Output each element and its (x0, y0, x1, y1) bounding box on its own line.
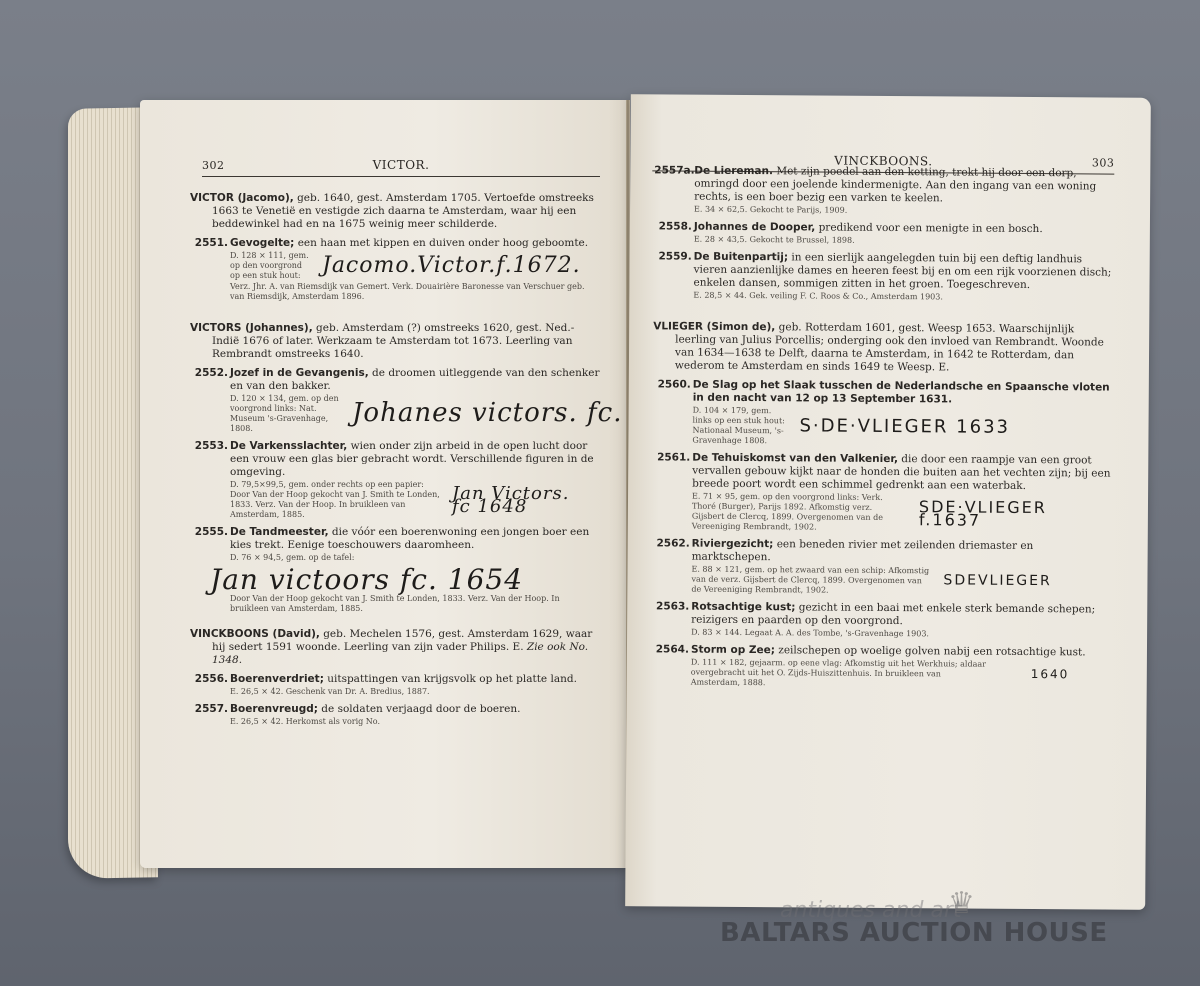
catalog-content: 2557a.De Liereman. Met zijn poedel aan d… (651, 164, 1115, 696)
entry-meta: E. 26,5 × 42. Herkomst als vorig No. (230, 717, 600, 727)
right-page: VINCKBOONS. 303 2557a.De Liereman. Met z… (625, 94, 1151, 910)
catalog-entry: 2556.Boerenverdriet; uitspattingen van k… (190, 673, 600, 697)
signature-facsimile: SDEVLIEGER (943, 574, 1051, 588)
entry-description: zeilschepen op woelige golven nabij een … (775, 644, 1086, 658)
entry-meta: E. 28 × 43,5. Gekocht te Brussel, 1898. (694, 235, 1114, 248)
entry-number: 2552. (190, 367, 228, 380)
entry-description: predikend voor een menigte in een bosch. (815, 221, 1043, 235)
entry-meta: E. 88 × 121, gem. op het zwaard van een … (691, 565, 931, 597)
entry-title: Gevogelte; (230, 237, 294, 249)
entry-title: Rotsachtige kust; (691, 601, 795, 614)
artist-entry: VLIEGER (Simon de), geb. Rotterdam 1601,… (653, 320, 1113, 375)
catalog-entry: 2558.Johannes de Dooper, predikend voor … (654, 220, 1114, 247)
left-page: 302 VICTOR. VICTOR (Jacomo), geb. 1640, … (140, 100, 628, 868)
entry-number: 2563. (651, 600, 689, 613)
entry-title: De Tehuiskomst van den Valkenier, (692, 452, 898, 465)
catalog-entry: 2551.Gevogelte; een haan met kippen en d… (190, 237, 600, 302)
signature-facsimile: Jan Victors. fc 1648 (452, 487, 572, 513)
entry-meta: D. 111 × 182, gejaarm. op eene vlag: Afk… (691, 658, 991, 690)
catalog-entry: 2559.De Buitenpartij; in een sierlijk aa… (653, 250, 1113, 303)
entry-number: 2559. (654, 250, 692, 263)
artist-name: VICTORS (Johannes), (190, 322, 313, 334)
entry-meta: E. 26,5 × 42. Geschenk van Dr. A. Brediu… (230, 687, 600, 697)
entry-title: Boerenvreugd; (230, 703, 318, 715)
entry-number: 2557a. (654, 164, 692, 177)
entry-title: De Slag op het Slaak tusschen de Nederla… (693, 379, 1110, 406)
entry-meta: E. 71 × 95, gem. op den voorgrond links:… (692, 492, 907, 534)
entry-number: 2558. (654, 220, 692, 233)
catalog-entry: 2562.Riviergezicht; een beneden rivier m… (651, 537, 1111, 597)
artist-name: VICTOR (Jacomo), (190, 192, 294, 204)
signature-facsimile: S·DE·VLIEGER 1633 (799, 419, 1010, 433)
entry-meta: D. 79,5×99,5, gem. onder rechts op een p… (230, 480, 440, 520)
entry-meta: E. 28,5 × 44. Gek. veiling F. C. Roos & … (693, 291, 1113, 304)
entry-description: uitspattingen van krijgsvolk op het plat… (324, 673, 577, 685)
entry-provenance: Door Van der Hoop gekocht van J. Smith t… (230, 594, 600, 614)
entry-title: Jozef in de Gevangenis, (230, 367, 369, 379)
running-head: VICTOR. (202, 158, 600, 172)
entry-meta: D. 120 × 134, gem. op den voorgrond link… (230, 394, 340, 434)
entry-meta: D. 128 × 111, gem. op den voorgrond op e… (230, 251, 310, 281)
entry-title: Johannes de Dooper, (694, 221, 815, 234)
signature-facsimile: SDE·VLIEGER f.1637 (919, 500, 1069, 527)
artist-entry: VINCKBOONS (David), geb. Mechelen 1576, … (190, 628, 600, 667)
watermark: ♛ antiques and art BALTARS AUCTION HOUSE (720, 908, 1120, 968)
entry-number: 2553. (190, 440, 228, 453)
catalog-entry: 2560.De Slag op het Slaak tusschen de Ne… (652, 378, 1112, 448)
entry-title: De Liereman. (694, 165, 773, 178)
entry-number: 2564. (651, 643, 689, 656)
entry-number: 2562. (652, 537, 690, 550)
artist-entry: VICTORS (Johannes), geb. Amsterdam (?) o… (190, 322, 600, 361)
signature-facsimile: Jacomo.Victor.f.1672. (322, 259, 581, 272)
artist-name: VINCKBOONS (David), (190, 628, 320, 640)
entry-meta: D. 76 × 94,5, gem. op de tafel: (230, 553, 600, 563)
entry-number: 2556. (190, 673, 228, 686)
catalog-entry: 2561.De Tehuiskomst van den Valkenier, d… (652, 451, 1113, 534)
catalog-entry: 2557.Boerenvreugd; de soldaten verjaagd … (190, 703, 600, 727)
entry-title: Boerenverdriet; (230, 673, 324, 685)
signature-facsimile: Jan victoors fc. 1654 (250, 573, 600, 586)
entry-title: De Buitenpartij; (694, 251, 788, 264)
catalog-entry: 2553.De Varkensslachter, wien onder zijn… (190, 440, 600, 520)
signature-facsimile: 1640 (1031, 668, 1070, 681)
catalog-entry: 2552.Jozef in de Gevangenis, de droomen … (190, 367, 600, 434)
artist-name: VLIEGER (Simon de), (653, 320, 775, 333)
entry-meta: D. 83 × 144. Legaat A. A. des Tombe, 's-… (691, 628, 1111, 641)
entry-provenance: Verz. Jhr. A. van Riemsdijk van Gemert. … (230, 282, 600, 302)
entry-title: De Varkensslachter, (230, 440, 347, 452)
entry-number: 2561. (652, 451, 690, 464)
running-header: 302 VICTOR. (202, 152, 600, 177)
artist-entry: VICTOR (Jacomo), geb. 1640, gest. Amster… (190, 192, 600, 231)
catalog-entry: 2557a.De Liereman. Met zijn poedel aan d… (654, 164, 1114, 217)
entry-meta: E. 34 × 62,5. Gekocht te Parijs, 1909. (694, 205, 1114, 218)
catalog-entry: 2555.De Tandmeester, die vóór een boeren… (190, 526, 600, 614)
watermark-brand: BALTARS AUCTION HOUSE (720, 918, 1108, 948)
entry-meta: D. 104 × 179, gem. links op een stuk hou… (692, 406, 787, 447)
catalog-entry: 2564.Storm op Zee; zeilschepen op woelig… (651, 643, 1111, 690)
entry-number: 2551. (190, 237, 228, 250)
catalog-entry: 2563.Rotsachtige kust; gezicht in een ba… (651, 600, 1111, 640)
entry-title: Riviergezicht; (692, 538, 774, 551)
entry-description: de soldaten verjaagd door de boeren. (318, 703, 521, 715)
entry-description: een haan met kippen en duiven onder hoog… (294, 237, 588, 249)
entry-number: 2560. (653, 378, 691, 391)
entry-title: Storm op Zee; (691, 644, 775, 657)
catalog-content: VICTOR (Jacomo), geb. 1640, gest. Amster… (190, 192, 600, 733)
entry-number: 2557. (190, 703, 228, 716)
open-book: 302 VICTOR. VICTOR (Jacomo), geb. 1640, … (0, 0, 1200, 986)
entry-title: De Tandmeester, (230, 526, 329, 538)
entry-number: 2555. (190, 526, 228, 539)
